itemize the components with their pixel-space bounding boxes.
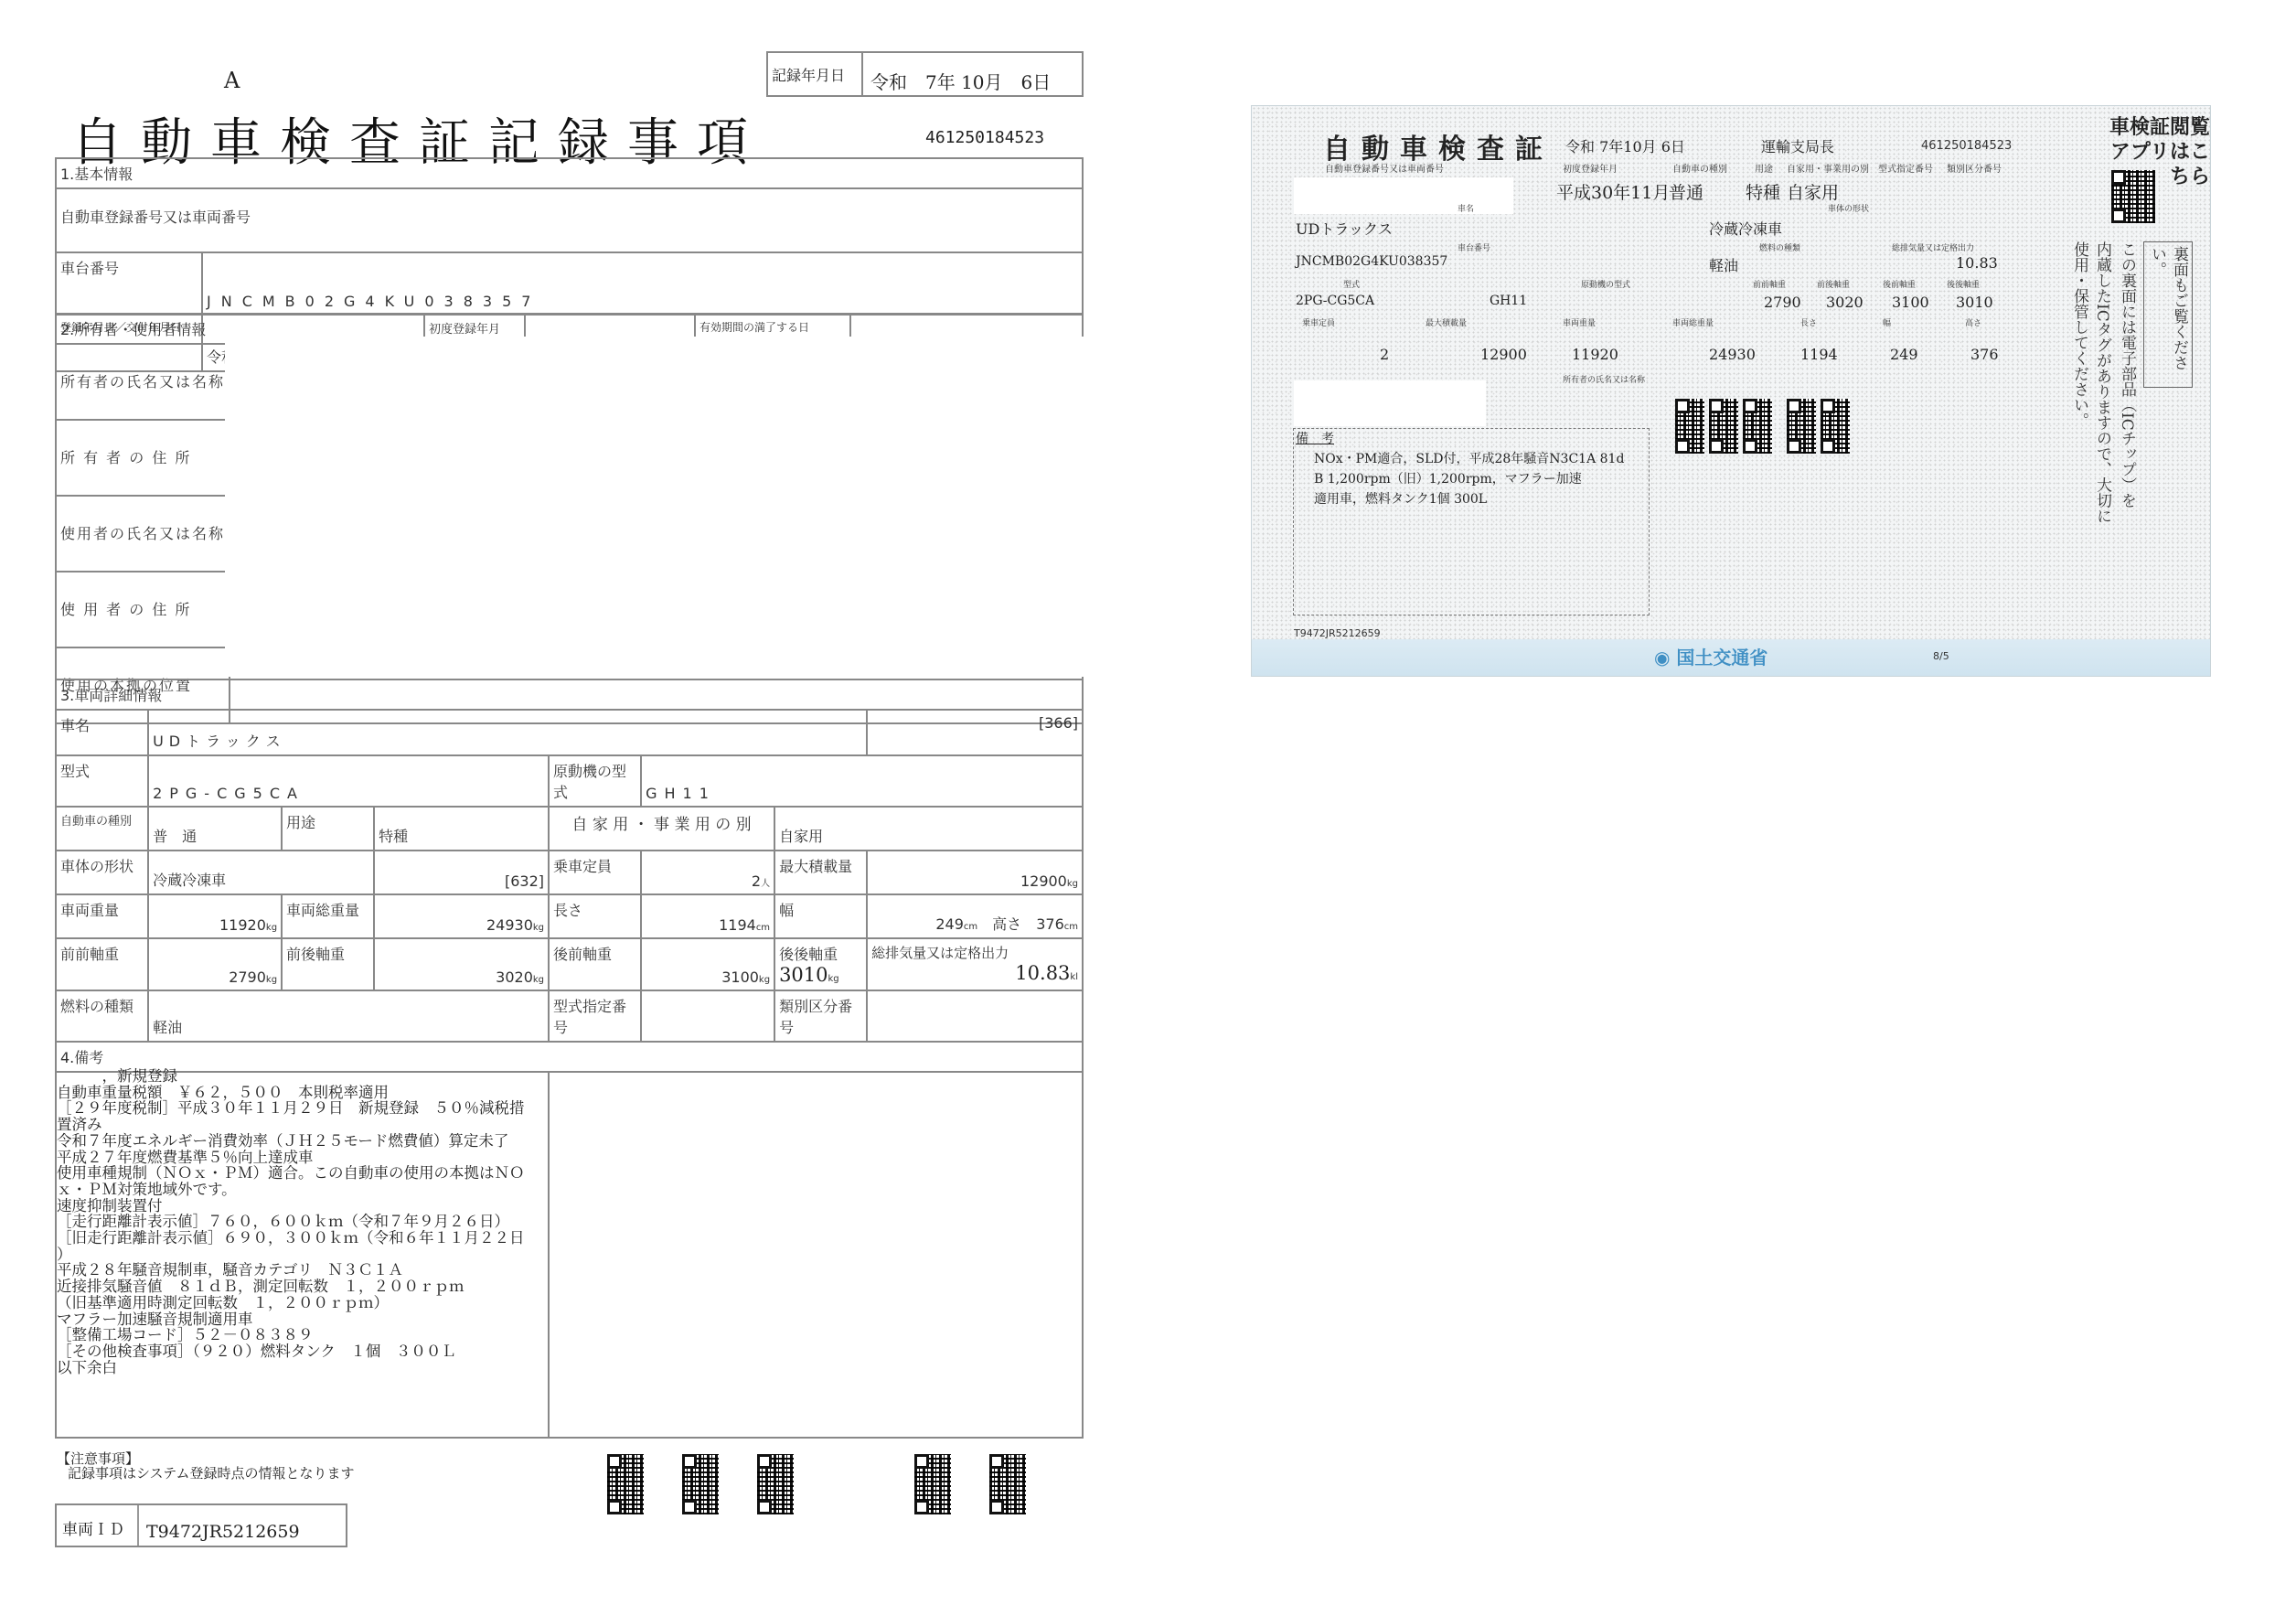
qr-code-icon bbox=[1821, 399, 1850, 454]
remarks-line: ｘ・ＰＭ対策地域外です。 bbox=[57, 1182, 563, 1198]
qr-code-icon bbox=[989, 1454, 1026, 1514]
inspection-certificate-card: 自動車検査証 令和 7年10月 6日 運輸支局長 461250184523 車検… bbox=[1251, 105, 2211, 677]
max-load-label: 最大積載量 bbox=[774, 851, 867, 894]
ministry-logo: ◉ 国土交通省 bbox=[1654, 643, 1767, 669]
length-number: 1194 bbox=[719, 916, 756, 934]
length-label-text: 長さ bbox=[553, 902, 582, 919]
remarks-text: ，新規登録自動車重量税額 ￥６２，５００ 本則税率適用［２９年度税制］平成３０年… bbox=[57, 1068, 563, 1375]
qr-code-icon bbox=[1787, 399, 1816, 454]
remarks-line: ［旧走行距離計表示値］６９０，３００ｋｍ（令和６年１１月２２日 bbox=[57, 1230, 563, 1247]
card-fuel-label: 燃料の種類 bbox=[1759, 241, 1800, 253]
unit-kg: kg bbox=[828, 974, 839, 984]
card-weight: 11920 bbox=[1572, 346, 1618, 363]
document-number: 461250184523 bbox=[925, 128, 1044, 147]
card-fr-label: 前後軸重 bbox=[1817, 278, 1850, 290]
redacted-area bbox=[1294, 380, 1486, 426]
card-first-reg-label: 初度登録年月 bbox=[1563, 161, 1618, 175]
unit-cm: cm bbox=[1064, 922, 1078, 932]
card-ff: 2790 bbox=[1764, 294, 1801, 311]
model-value: 2PG-CG5CA bbox=[148, 755, 549, 807]
card-footer-vehicle-id: T9472JR5212659 bbox=[1294, 627, 1381, 639]
card-capacity: 2 bbox=[1380, 346, 1389, 363]
width-label-text: 幅 bbox=[779, 902, 794, 919]
card-owner-label: 所有者の氏名又は名称 bbox=[1563, 373, 1645, 385]
card-private-business: 自家用 bbox=[1787, 179, 1839, 204]
car-name-value: UDトラックス bbox=[148, 710, 867, 755]
card-width-label: 幅 bbox=[1883, 316, 1891, 328]
remarks-blank bbox=[549, 1072, 1083, 1438]
card-rf-label: 後前軸重 bbox=[1883, 278, 1916, 290]
displacement-label: 総排気量又は定格出力 bbox=[871, 943, 1078, 962]
private-business-label: 自 家 用 ・ 事 業 用 の 別 bbox=[549, 807, 774, 851]
card-doc-number: 461250184523 bbox=[1921, 139, 2012, 153]
card-capacity-label: 乗車定員 bbox=[1302, 316, 1335, 328]
card-remarks-line: NOx・PM適合，SLD付，平成28年騒音N3C1A 81d bbox=[1314, 449, 1624, 469]
card-vehicle-type: 普通 bbox=[1669, 179, 1703, 204]
fr-axle-label: 前後軸重 bbox=[282, 938, 374, 990]
usage-label: 用途 bbox=[282, 807, 374, 851]
weight-label: 車両重量 bbox=[56, 894, 148, 938]
record-document: A 自動車検査証記録事項 記録年月日 令和 7年 10月 6日 46125018… bbox=[0, 0, 1097, 1605]
qr-code-icon bbox=[1709, 399, 1738, 454]
card-remarks-header: 備 考 bbox=[1296, 429, 1334, 447]
capacity-value: 2人 bbox=[641, 851, 774, 894]
card-displacement-label: 総排気量又は定格出力 bbox=[1892, 241, 1974, 253]
card-side-box: 裏面もご覧ください。 bbox=[2143, 241, 2193, 388]
unit-kg: kg bbox=[1067, 879, 1078, 889]
card-rr: 3010 bbox=[1956, 294, 1993, 311]
card-chassis: JNCMB02G4KU038357 bbox=[1296, 254, 1447, 269]
remarks-line: 自動車重量税額 ￥６２，５００ 本則税率適用 bbox=[57, 1085, 563, 1101]
vehicle-id-label: 車両ＩＤ bbox=[57, 1505, 139, 1546]
remarks-line: 平成２８年騒音規制車，騒音カテゴリ Ｎ３Ｃ１Ａ bbox=[57, 1262, 563, 1279]
chassis-value: JNCMB02G4KU038357 bbox=[202, 252, 1083, 315]
weight-value: 11920kg bbox=[148, 894, 282, 938]
record-date-value: 令和 7年 10月 6日 bbox=[863, 53, 1082, 95]
remarks-line: 置済み bbox=[57, 1117, 563, 1133]
remarks-line: ［走行距離計表示値］７６０，６００ｋｍ（令和７年９月２６日） bbox=[57, 1214, 563, 1230]
notice-text: 記録事項はシステム登録時点の情報となります bbox=[68, 1463, 355, 1482]
app-qr-code-icon[interactable] bbox=[2111, 170, 2155, 223]
card-rf: 3100 bbox=[1892, 294, 1929, 311]
card-gross: 24930 bbox=[1709, 346, 1756, 363]
card-car-name-label: 車名 bbox=[1458, 202, 1474, 214]
reg-number-label: 自動車登録番号又は車両番号 bbox=[56, 188, 1083, 252]
fuel-label: 燃料の種類 bbox=[56, 990, 148, 1042]
car-name-label: 車名 bbox=[56, 710, 148, 755]
chassis-label: 車台番号 bbox=[56, 252, 202, 315]
card-issue-date: 令和 7年10月 6日 bbox=[1565, 135, 1685, 156]
card-side-text-1: この裏面には電子部品（ICチップ）を bbox=[2116, 241, 2138, 562]
ministry-logo-icon: ◉ bbox=[1654, 647, 1676, 669]
width-number: 249 bbox=[935, 915, 964, 933]
max-load-number: 12900 bbox=[1020, 872, 1067, 890]
section-header: 1.基本情報 bbox=[56, 158, 1083, 188]
card-model-label: 型式 bbox=[1343, 278, 1360, 290]
vehicle-id-value: T9472JR5212659 bbox=[139, 1505, 307, 1546]
card-issuer: 運輸支局長 bbox=[1761, 135, 1834, 156]
category-label: 類別区分番号 bbox=[774, 990, 867, 1042]
rf-axle-number: 3100 bbox=[721, 968, 759, 986]
remarks-line: ［整備工場コード］５２－０８３８９ bbox=[57, 1327, 563, 1343]
unit-cm: cm bbox=[964, 922, 977, 932]
vehicle-type-label: 自動車の種別 bbox=[56, 807, 148, 851]
app-line-1: 車検証閲覧 bbox=[2099, 115, 2210, 140]
card-model: 2PG-CG5CA bbox=[1296, 294, 1374, 308]
unit-kg: kg bbox=[759, 975, 770, 985]
fuel-value: 軽油 bbox=[148, 990, 549, 1042]
ff-axle-number: 2790 bbox=[229, 968, 266, 986]
type-designation-value bbox=[641, 990, 774, 1042]
type-designation-label: 型式指定番号 bbox=[549, 990, 641, 1042]
remarks-line: （旧基準適用時測定回転数 １，２００ｒｐｍ） bbox=[57, 1295, 563, 1311]
section-header: 3.車両詳細情報 bbox=[56, 679, 1083, 710]
card-max-load-label: 最大積載量 bbox=[1426, 316, 1467, 328]
card-displacement: 10.83 bbox=[1956, 254, 1998, 272]
displacement-unit: kl bbox=[1070, 972, 1078, 982]
gross-weight-number: 24930 bbox=[486, 916, 533, 934]
height-number: 376 bbox=[1036, 915, 1064, 933]
remarks-line: ，新規登録 bbox=[57, 1068, 563, 1085]
card-engine-label: 原動機の型式 bbox=[1581, 278, 1630, 290]
ff-axle-value: 2790kg bbox=[148, 938, 282, 990]
redacted-area bbox=[1294, 177, 1513, 214]
unit-cm: cm bbox=[756, 923, 770, 933]
card-length-label: 長さ bbox=[1800, 316, 1817, 328]
card-fuel: 軽油 bbox=[1709, 254, 1738, 275]
fr-rf-axle-value: 3020kg bbox=[374, 938, 549, 990]
remarks-line: 令和７年度エネルギー消費効率（ＪＨ２５モード燃費値）算定未了 bbox=[57, 1133, 563, 1150]
card-engine: GH11 bbox=[1490, 294, 1527, 308]
owner-name-label: 所有者の氏名又は名称 bbox=[56, 344, 230, 420]
user-address-label: 使 用 者 の 住 所 bbox=[56, 572, 230, 647]
unit-kg: kg bbox=[533, 923, 544, 933]
displacement-value: 10.83 bbox=[1015, 962, 1070, 984]
card-length: 1194 bbox=[1800, 346, 1838, 363]
card-type-designation-label: 型式指定番号 bbox=[1878, 161, 1933, 175]
length-label: 長さ bbox=[549, 894, 641, 938]
usage-value: 特種 bbox=[374, 807, 549, 851]
record-date-label: 記録年月日 bbox=[768, 53, 863, 95]
card-private-business-label: 自家用・事業用の別 bbox=[1787, 161, 1869, 175]
card-weight-label: 車両重量 bbox=[1563, 316, 1596, 328]
card-reg-number-label: 自動車登録番号又は車両番号 bbox=[1325, 161, 1444, 175]
card-side-text-2: 内蔵したICタグがありますので、大切に bbox=[2091, 241, 2113, 562]
remarks-line: 近接排気騒音値 ８１ｄＢ，測定回転数 １，２００ｒｐｍ bbox=[57, 1279, 563, 1295]
capacity-label: 乗車定員 bbox=[549, 851, 641, 894]
remarks-line: 平成２７年度燃費基準５％向上達成車 bbox=[57, 1150, 563, 1166]
remarks-line: 使用車種規制（ＮＯｘ・ＰＭ）適合。この自動車の使用の本拠はＮＯ bbox=[57, 1165, 563, 1182]
remarks-line: 以下余白 bbox=[57, 1360, 563, 1376]
card-height: 376 bbox=[1970, 346, 1999, 363]
card-page-mark: 8/5 bbox=[1933, 650, 1949, 662]
card-remarks: NOx・PM適合，SLD付，平成28年騒音N3C1A 81d B 1,200rp… bbox=[1314, 449, 1624, 509]
engine-label: 原動機の型式 bbox=[549, 755, 641, 807]
card-remarks-line: B 1,200rpm（旧）1,200rpm，マフラー加速 bbox=[1314, 469, 1624, 489]
capacity-number: 2 bbox=[752, 872, 761, 890]
card-height-label: 高さ bbox=[1965, 316, 1981, 328]
category-value bbox=[867, 990, 1083, 1042]
card-body-shape-label: 車体の形状 bbox=[1828, 202, 1869, 214]
width-height-value: 249cm 高さ 376cm bbox=[867, 894, 1083, 938]
qr-code-icon bbox=[607, 1454, 644, 1514]
card-usage-label: 用途 bbox=[1755, 161, 1773, 175]
card-width: 249 bbox=[1890, 346, 1918, 363]
card-first-reg: 平成30年11月 bbox=[1556, 179, 1670, 204]
card-chassis-label: 車台番号 bbox=[1458, 241, 1490, 253]
record-date-box: 記録年月日 令和 7年 10月 6日 bbox=[766, 51, 1084, 97]
card-rr-label: 後後軸重 bbox=[1947, 278, 1980, 290]
remarks-line: 速度抑制装置付 bbox=[57, 1198, 563, 1214]
rr-axle-label: 後後軸重3010kg bbox=[774, 938, 867, 990]
qr-code-icon bbox=[1743, 399, 1772, 454]
unit-kg: kg bbox=[266, 923, 277, 933]
card-car-name: UDトラックス bbox=[1296, 218, 1393, 239]
ministry-name: 国土交通省 bbox=[1676, 647, 1767, 669]
card-vehicle-type-label: 自動車の種別 bbox=[1672, 161, 1727, 175]
displacement-cell: 総排気量又は定格出力10.83kl bbox=[867, 938, 1083, 990]
card-gross-label: 車両総重量 bbox=[1672, 316, 1714, 328]
model-label: 型式 bbox=[56, 755, 148, 807]
gross-weight-value: 24930kg bbox=[374, 894, 549, 938]
remarks-line: ） bbox=[57, 1247, 563, 1263]
width-label: 幅 bbox=[774, 894, 867, 938]
rr-axle-number: 3010 bbox=[779, 964, 828, 986]
rf-axle-value: 3100kg bbox=[641, 938, 774, 990]
qr-code-icon bbox=[682, 1454, 719, 1514]
rr-axle-label-text: 後後軸重 bbox=[779, 946, 838, 963]
unit-kg: kg bbox=[533, 975, 544, 985]
unit-kg: kg bbox=[266, 975, 277, 985]
length-value: 1194cm bbox=[641, 894, 774, 938]
body-shape-label: 車体の形状 bbox=[56, 851, 148, 894]
card-usage: 特種 bbox=[1746, 179, 1780, 204]
ff-axle-label: 前前軸重 bbox=[56, 938, 148, 990]
fr-axle-number: 3020 bbox=[496, 968, 533, 986]
redacted-area bbox=[225, 337, 1094, 677]
height-label: 高さ bbox=[992, 915, 1021, 933]
vehicle-type-value: 普 通 bbox=[148, 807, 282, 851]
remarks-line: ［２９年度税制］平成３０年１１月２９日 新規登録 ５０％減税措 bbox=[57, 1100, 563, 1117]
card-ff-label: 前前軸重 bbox=[1753, 278, 1786, 290]
card-max-load: 12900 bbox=[1480, 346, 1527, 363]
qr-code-icon bbox=[914, 1454, 951, 1514]
car-name-code: [366] bbox=[867, 710, 1083, 755]
private-business-value: 自家用 bbox=[774, 807, 1083, 851]
card-category-label: 類別区分番号 bbox=[1947, 161, 2002, 175]
document-variant-letter: A bbox=[224, 68, 240, 93]
remarks-line: マフラー加速騒音規制適用車 bbox=[57, 1311, 563, 1328]
qr-code-icon bbox=[757, 1454, 794, 1514]
owner-address-label: 所 有 者 の 住 所 bbox=[56, 420, 230, 496]
body-shape-code: [632] bbox=[374, 851, 549, 894]
card-body-shape: 冷蔵冷凍車 bbox=[1709, 218, 1782, 239]
card-side-text-3: 使用・保管してください。 bbox=[2068, 241, 2090, 562]
weight-number: 11920 bbox=[219, 916, 266, 934]
gross-weight-label: 車両総重量 bbox=[282, 894, 374, 938]
user-name-label: 使用者の氏名又は名称 bbox=[56, 496, 230, 572]
vehicle-id-box: 車両ＩＤ T9472JR5212659 bbox=[55, 1503, 347, 1547]
engine-value: GH11 bbox=[641, 755, 1083, 807]
qr-code-icon bbox=[1675, 399, 1704, 454]
remarks-line: ［その他検査事項］（９２０）燃料タンク １個 ３００Ｌ bbox=[57, 1343, 563, 1360]
card-remarks-line: 適用車，燃料タンク1個 300L bbox=[1314, 489, 1624, 509]
capacity-unit: 人 bbox=[761, 879, 770, 889]
body-shape-value: 冷蔵冷凍車 bbox=[148, 851, 374, 894]
max-load-value: 12900kg bbox=[867, 851, 1083, 894]
rf-axle-label: 後前軸重 bbox=[549, 938, 641, 990]
card-fr: 3020 bbox=[1826, 294, 1863, 311]
